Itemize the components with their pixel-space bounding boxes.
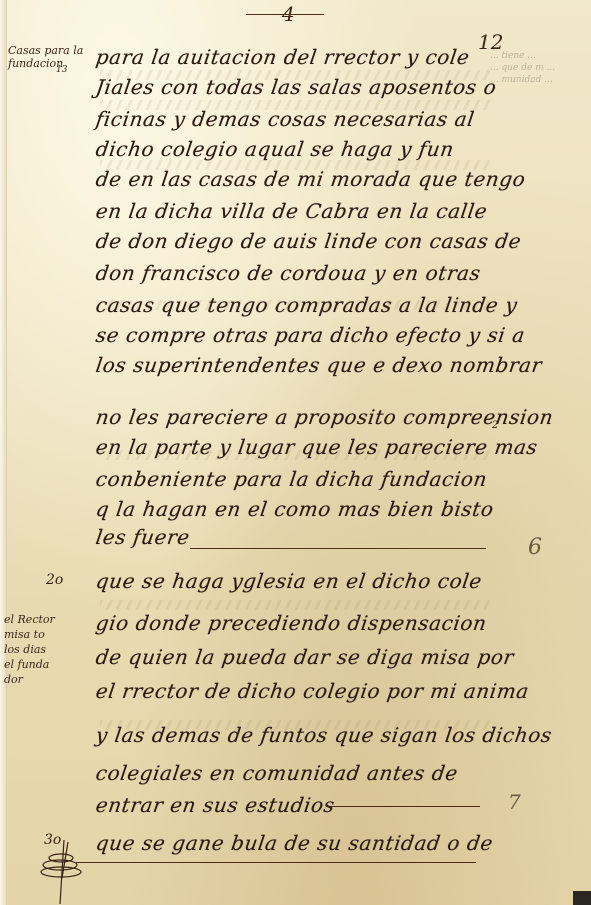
text-line: entrar en sus estudios [94, 792, 336, 818]
text-line: no les pareciere a proposito compreensio… [94, 404, 555, 430]
text-line: les fuere [94, 524, 191, 550]
text-line: para la auitacion del rrector y cole [94, 44, 471, 70]
bleedthrough-note: ... tiene ... ... que de m ... ... munid… [490, 50, 555, 86]
closing-rule [76, 862, 476, 863]
text-line: en la dicha villa de Cabra en la calle [94, 198, 489, 224]
text-line: don francisco de cordoua y en otras [94, 260, 482, 286]
text-line: colegiales en comunidad antes de [94, 760, 460, 786]
paragraph-mark: 2o [46, 572, 63, 588]
text-line: Jiales con todas las salas aposentos o [94, 74, 498, 100]
margin-note-casas: Casas para la fundacion [8, 44, 83, 70]
text-line: conbeniente para la dicha fundacion [94, 466, 489, 492]
line-filler-rule [330, 806, 480, 807]
margin-number-7: 7 [508, 790, 521, 814]
text-line: dicho colegio aqual se haga y fun [94, 136, 456, 162]
text-line: en la parte y lugar que les pareciere ma… [94, 434, 539, 460]
header-rule [246, 14, 324, 15]
text-line: que se haga yglesia en el dicho cole [94, 568, 484, 594]
rubric-flourish-icon [36, 838, 86, 905]
text-line: de quien la pueda dar se diga misa por [94, 644, 516, 670]
text-line: que se gane bula de su santidad o de [94, 830, 495, 856]
text-line: ficinas y demas cosas necesarias al [94, 106, 476, 132]
text-line: de don diego de auis linde con casas de [94, 228, 523, 254]
text-line: se compre otras para dicho efecto y si a [94, 322, 527, 348]
text-line: q la hagan en el como mas bien bisto [94, 496, 495, 522]
text-line: gio donde precediendo dispensacion [94, 610, 488, 636]
margin-number-6: 6 [528, 535, 542, 560]
text-line: los superintendentes que e dexo nombrar [94, 352, 544, 378]
text-line: de en las casas de mi morada que tengo [94, 166, 527, 192]
bleedthrough-ink [100, 600, 490, 610]
text-line: y las demas de funtos que sigan los dich… [94, 722, 554, 748]
margin-note-rector: el Rector misa to los dias el funda dor [4, 612, 55, 687]
page-corner-shadow [573, 891, 591, 905]
text-line: el rrector de dicho colegio por mi anima [94, 678, 531, 704]
text-line: casas que tengo compradas a la linde y [94, 292, 519, 318]
page-left-edge [0, 0, 7, 905]
manuscript-page: 4 12 Casas para la fundacion 13 el Recto… [0, 0, 591, 905]
margin-note-number: 13 [56, 64, 67, 77]
line-filler-rule [190, 548, 486, 549]
